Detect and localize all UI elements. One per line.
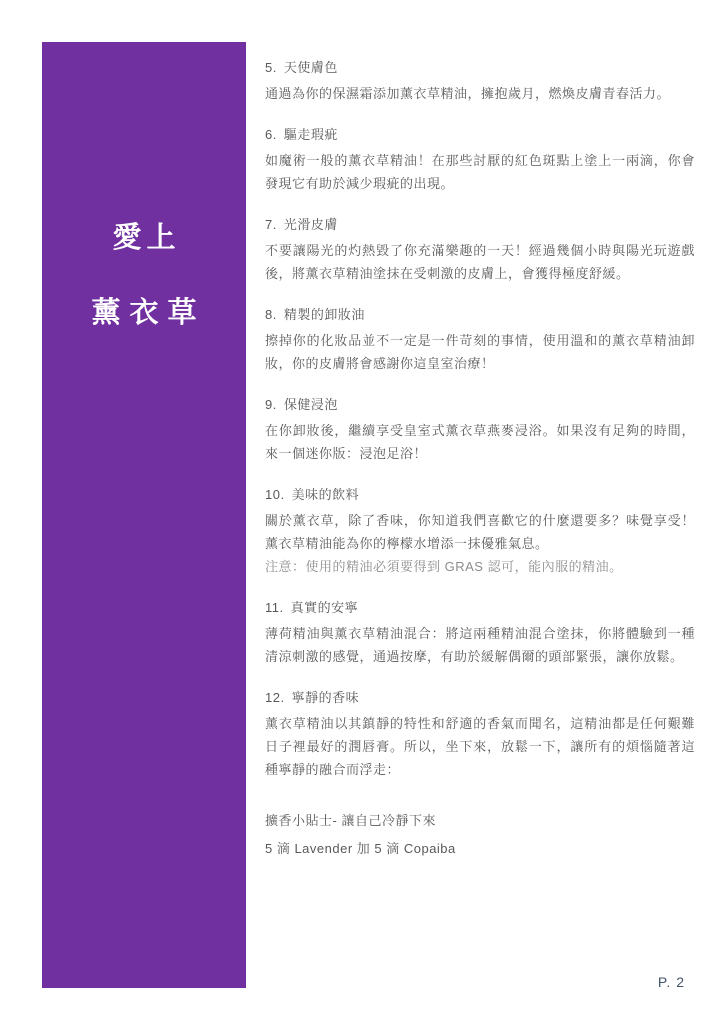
section-heading: 10.美味的飲料: [265, 485, 695, 505]
section-number: 8.: [265, 307, 277, 322]
section-body: 不要讓陽光的灼熱毀了你充滿樂趣的一天！經過幾個小時與陽光玩遊戲後，將薰衣草精油塗…: [265, 239, 695, 285]
section-body: 擦掉你的化妝品並不一定是一件苛刻的事情，使用溫和的薰衣草精油卸妝，你的皮膚將會感…: [265, 329, 695, 375]
diffuser-tip-title: 擴香小貼士- 讓自己冷靜下來: [265, 807, 695, 835]
section-heading: 8.精製的卸妝油: [265, 305, 695, 325]
sections-list: 5.天使膚色 通過為你的保濕霜添加薰衣草精油，擁抱歲月，燃煥皮膚青春活力。 6.…: [265, 58, 695, 863]
diffuser-tip-recipe: 5 滴 Lavender 加 5 滴 Copaiba: [265, 835, 695, 863]
section: 6.驅走瑕疵 如魔術一般的薰衣草精油！在那些討厭的紅色斑點上塗上一兩滴，你會發現…: [265, 125, 695, 195]
section-number: 7.: [265, 217, 277, 232]
section: 8.精製的卸妝油 擦掉你的化妝品並不一定是一件苛刻的事情，使用溫和的薰衣草精油卸…: [265, 305, 695, 375]
section-body: 如魔術一般的薰衣草精油！在那些討厭的紅色斑點上塗上一兩滴，你會發現它有助於減少瑕…: [265, 149, 695, 195]
section: 11.真實的安寧 薄荷精油與薰衣草精油混合：將這兩種精油混合塗抹，你將體驗到一種…: [265, 598, 695, 668]
section: 7.光滑皮膚 不要讓陽光的灼熱毀了你充滿樂趣的一天！經過幾個小時與陽光玩遊戲後，…: [265, 215, 695, 285]
section-title: 寧靜的香味: [292, 690, 360, 705]
section-body: 通過為你的保濕霜添加薰衣草精油，擁抱歲月，燃煥皮膚青春活力。: [265, 82, 695, 105]
section-heading: 5.天使膚色: [265, 58, 695, 78]
section: 10.美味的飲料 關於薰衣草，除了香味，你知道我們喜歡它的什麼還要多？味覺享受！…: [265, 485, 695, 578]
section-number: 10.: [265, 487, 285, 502]
section-note: 注意：使用的精油必須要得到 GRAS 認可，能內服的精油。: [265, 555, 695, 578]
document-page: 愛上 薰衣草 5.天使膚色 通過為你的保濕霜添加薰衣草精油，擁抱歲月，燃煥皮膚青…: [0, 0, 723, 1036]
sidebar-title-line1: 愛上: [42, 222, 246, 254]
section-body: 在你卸妝後，繼續享受皇室式薰衣草燕麥浸浴。如果沒有足夠的時間，來一個迷你版：浸泡…: [265, 419, 695, 465]
section-body: 關於薰衣草，除了香味，你知道我們喜歡它的什麼還要多？味覺享受！薰衣草精油能為你的…: [265, 509, 695, 555]
section-heading: 6.驅走瑕疵: [265, 125, 695, 145]
section-number: 5.: [265, 60, 277, 75]
section: 5.天使膚色 通過為你的保濕霜添加薰衣草精油，擁抱歲月，燃煥皮膚青春活力。: [265, 58, 695, 105]
section-heading: 9.保健浸泡: [265, 395, 695, 415]
section-title: 光滑皮膚: [284, 217, 338, 232]
diffuser-tip-block: 擴香小貼士- 讓自己冷靜下來5 滴 Lavender 加 5 滴 Copaiba: [265, 807, 695, 863]
section-number: 9.: [265, 397, 277, 412]
section: 9.保健浸泡 在你卸妝後，繼續享受皇室式薰衣草燕麥浸浴。如果沒有足夠的時間，來一…: [265, 395, 695, 465]
section-title: 天使膚色: [284, 60, 338, 75]
sidebar-title-line2: 薰衣草: [42, 297, 246, 329]
section-title: 美味的飲料: [292, 487, 360, 502]
section-body: 薰衣草精油以其鎮靜的特性和舒適的香氣而聞名，這精油都是任何艱難日子裡最好的潤唇膏…: [265, 712, 695, 781]
section-heading: 12.寧靜的香味: [265, 688, 695, 708]
section-title: 驅走瑕疵: [284, 127, 338, 142]
section-heading: 11.真實的安寧: [265, 598, 695, 618]
page-number: P. 2: [658, 974, 685, 990]
section-heading: 7.光滑皮膚: [265, 215, 695, 235]
section-title: 保健浸泡: [284, 397, 338, 412]
section-number: 11.: [265, 600, 284, 615]
section-title: 真實的安寧: [291, 600, 359, 615]
sidebar-banner: 愛上 薰衣草: [42, 42, 246, 988]
section-body: 薄荷精油與薰衣草精油混合：將這兩種精油混合塗抹，你將體驗到一種清涼刺激的感覺，通…: [265, 622, 695, 668]
section-title: 精製的卸妝油: [284, 307, 365, 322]
section-number: 12.: [265, 690, 285, 705]
section: 12.寧靜的香味 薰衣草精油以其鎮靜的特性和舒適的香氣而聞名，這精油都是任何艱難…: [265, 688, 695, 781]
section-number: 6.: [265, 127, 277, 142]
